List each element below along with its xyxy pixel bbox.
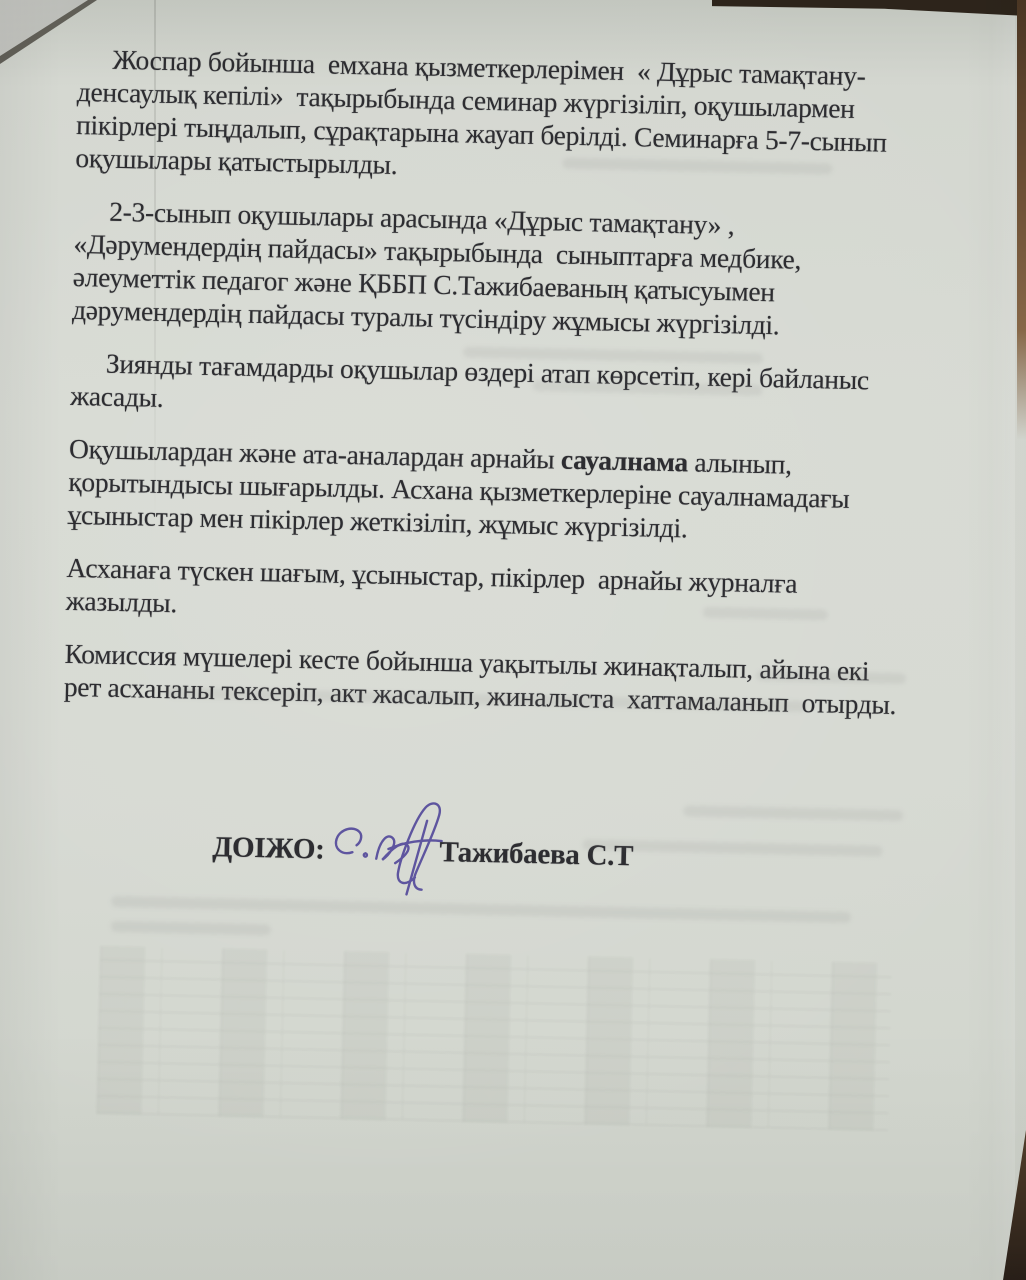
emphasized-word: сауалнама (561, 444, 689, 478)
paper-crease (154, 0, 156, 520)
paragraph-vitamins: 2-3-сынып оқушылары арасында «Дұрыс тама… (72, 194, 923, 344)
bleed-through-smudge (683, 805, 903, 821)
document-body: Жоспар бойынша емхана қызметкерлерімен «… (60, 42, 926, 888)
bleed-through-table (97, 946, 892, 1131)
scanned-document-photo: { "document": { "language": "Kazakh", "p… (0, 0, 1026, 1280)
paragraph-harmful-food: Зиянды тағамдарды оқушылар өздері атап к… (70, 346, 919, 430)
background-right-edge (1017, 0, 1026, 440)
paragraph-text: 2-3-сынып оқушылары арасында «Дұрыс тама… (72, 196, 808, 341)
paragraph-text: Жоспар бойынша емхана қызметкерлерімен «… (75, 44, 894, 180)
paragraph-journal: Асханаға түскен шағым, ұсыныстар, пікірл… (65, 551, 914, 635)
paragraph-survey: Оқушылардан және ата-аналардан арнайы са… (67, 432, 917, 549)
signature-label: ДОІЖО: (212, 831, 325, 866)
paper-edge-highlight (991, 0, 1015, 1280)
paragraph-text: Асханаға түскен шағым, ұсыныстар, пікірл… (65, 552, 804, 618)
